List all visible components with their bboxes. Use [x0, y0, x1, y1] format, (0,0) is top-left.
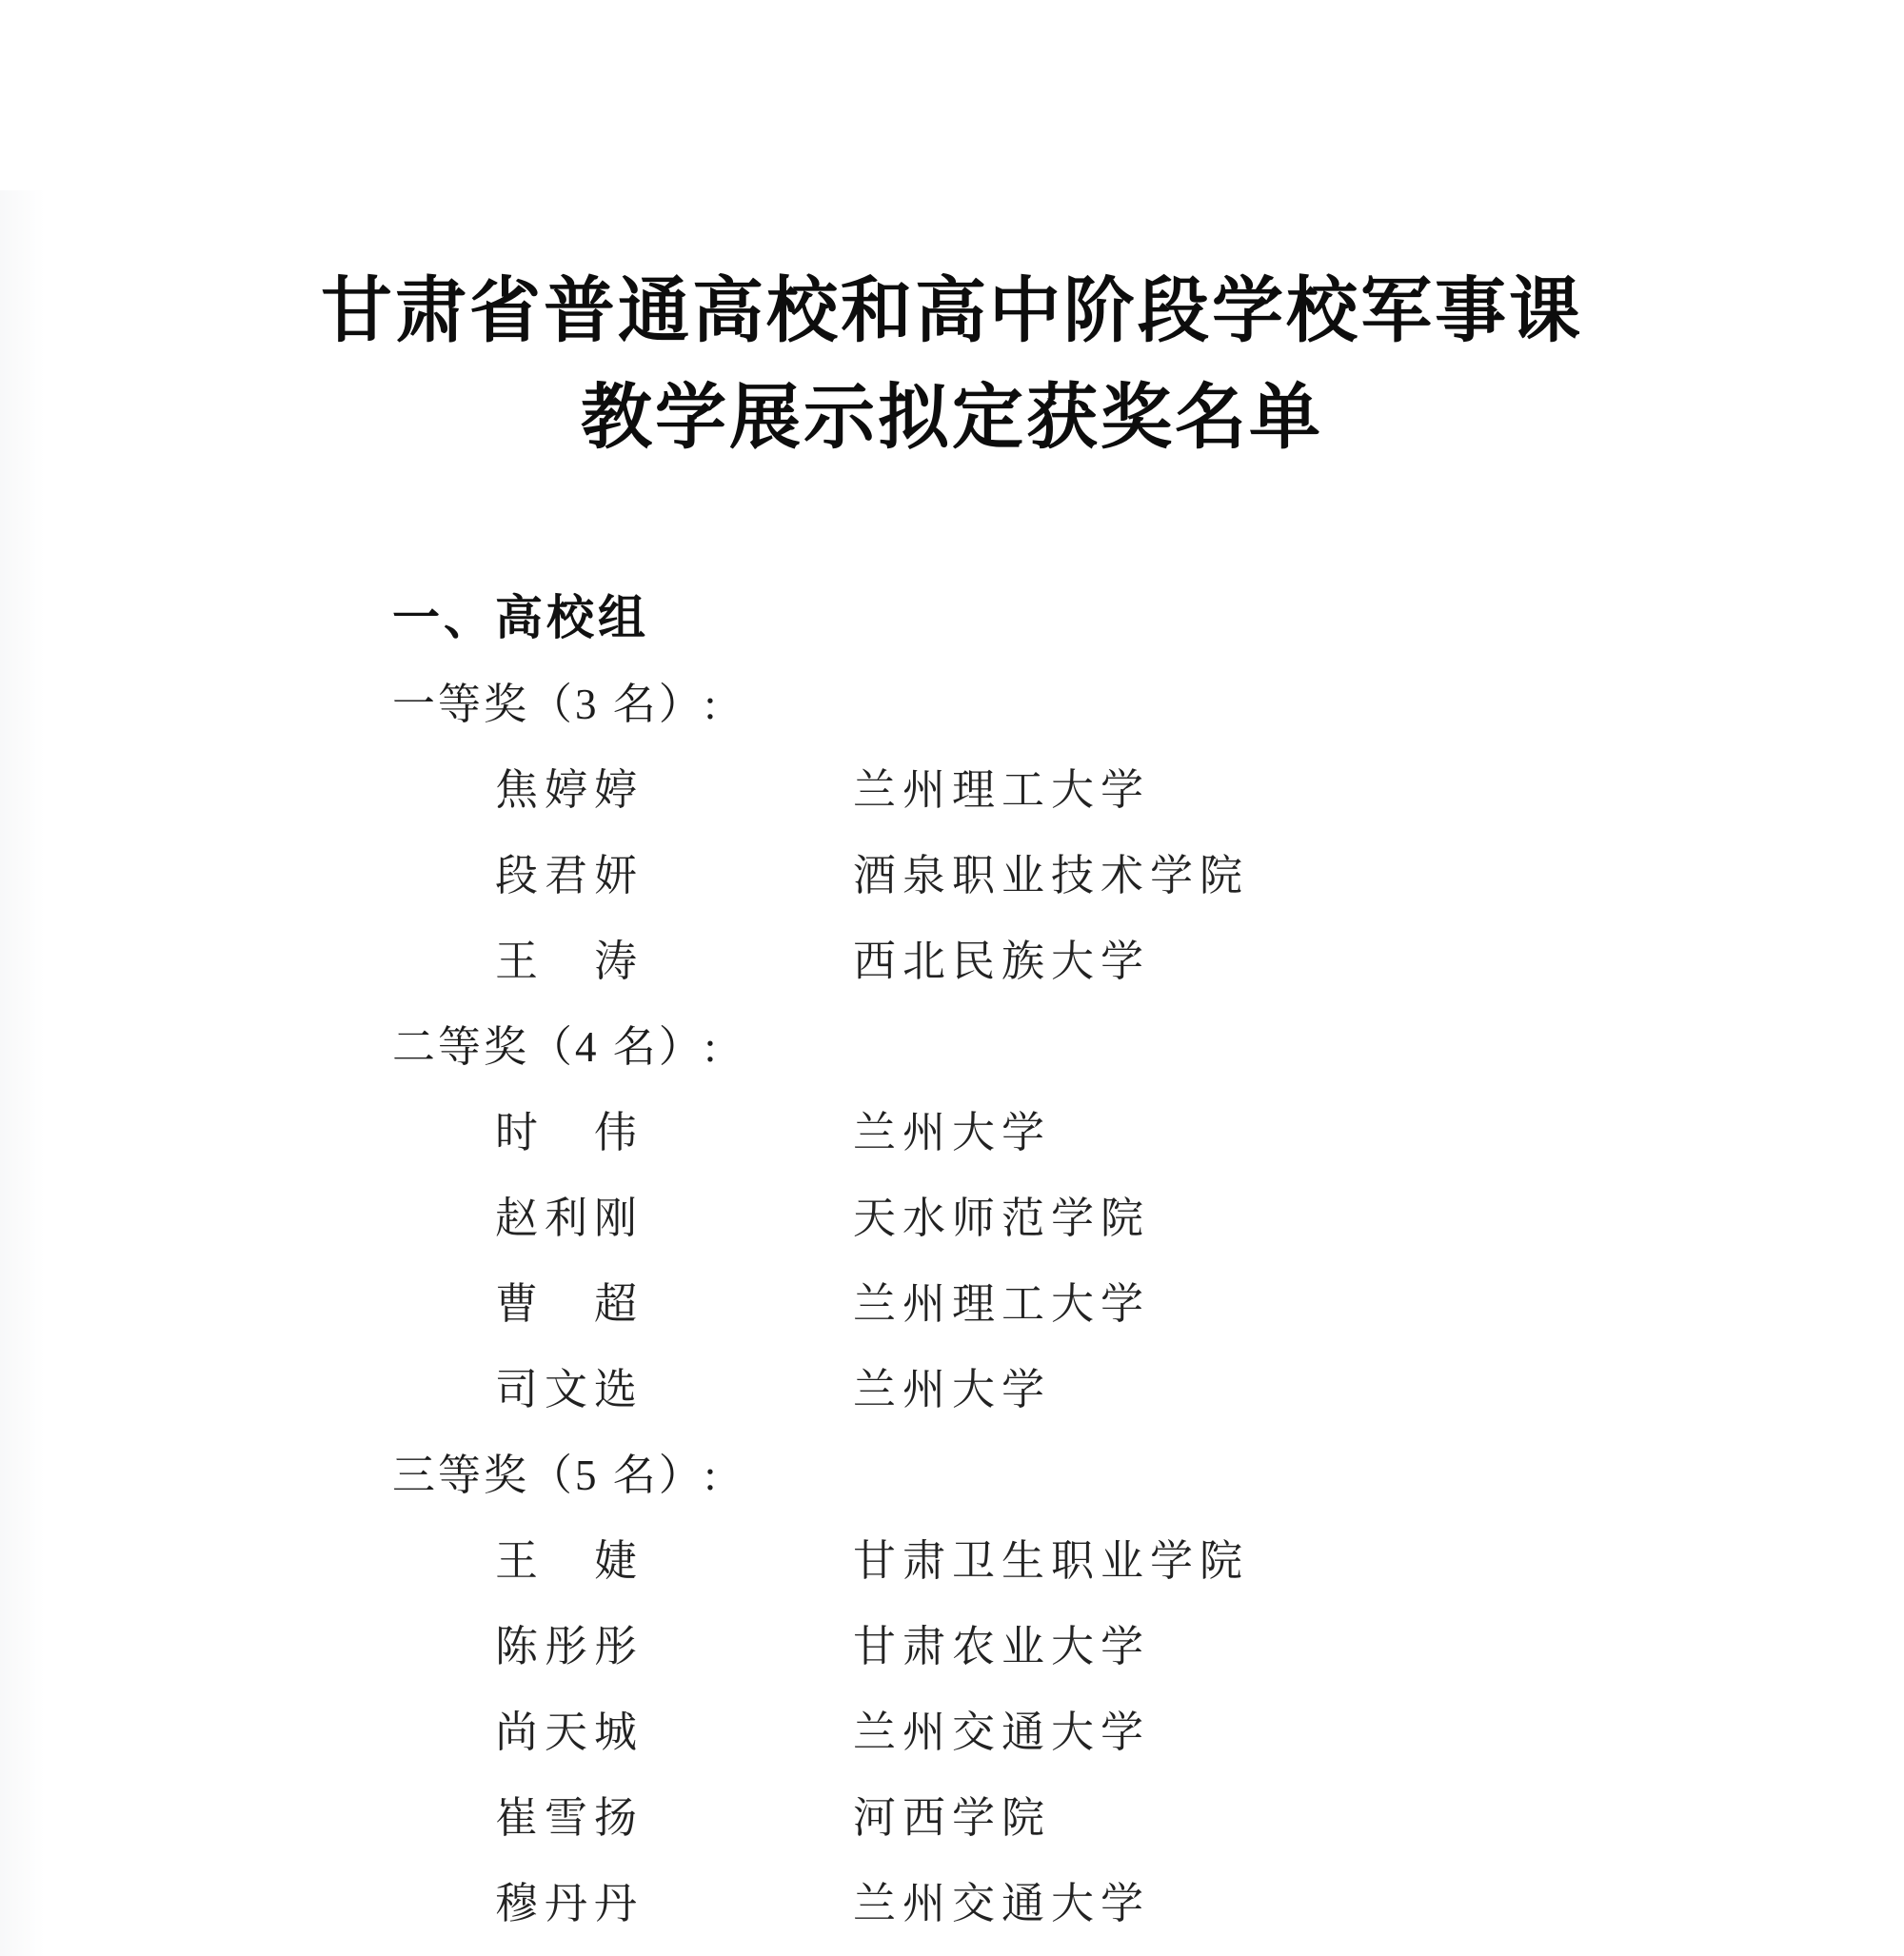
- group-heading-universities: 一、高校组: [0, 571, 1904, 657]
- winner-school: 天水师范学院: [853, 1183, 1150, 1245]
- award-tier-heading-first: 一等奖（3 名）:: [0, 657, 1904, 742]
- winner-school: 兰州交通大学: [853, 1868, 1150, 1930]
- winner-row: 曹 超 兰州理工大学: [0, 1256, 1904, 1342]
- winner-name: 赵利刚: [495, 1183, 657, 1245]
- winner-row: 焦婷婷 兰州理工大学: [0, 742, 1904, 828]
- award-list: 一、高校组 一等奖（3 名）: 焦婷婷 兰州理工大学 段君妍 酒泉职业技术学院 …: [0, 571, 1904, 1942]
- winner-school: 河西学院: [853, 1783, 1051, 1845]
- winner-row: 王 婕 甘肃卫生职业学院: [0, 1513, 1904, 1599]
- award-tier-heading-third: 三等奖（5 名）:: [0, 1428, 1904, 1513]
- document-page: 甘肃省普通高校和高中阶段学校军事课 教学展示拟定获奖名单 一、高校组 一等奖（3…: [0, 0, 1904, 1956]
- winner-name: 曹 超: [495, 1269, 657, 1331]
- document-title: 甘肃省普通高校和高中阶段学校军事课 教学展示拟定获奖名单: [0, 259, 1904, 472]
- winner-name: 陈彤彤: [495, 1611, 657, 1673]
- winner-row: 王 涛 西北民族大学: [0, 914, 1904, 999]
- winner-name: 穆丹丹: [495, 1868, 657, 1930]
- winner-name: 尚天城: [495, 1697, 657, 1759]
- winner-school: 甘肃农业大学: [853, 1611, 1150, 1673]
- winner-name: 王 婕: [495, 1526, 657, 1588]
- winner-school: 兰州理工大学: [853, 1269, 1150, 1331]
- winner-name: 王 涛: [495, 926, 657, 988]
- winner-name: 段君妍: [495, 840, 657, 902]
- winner-school: 兰州大学: [853, 1354, 1051, 1416]
- winner-name: 时 伟: [495, 1097, 657, 1159]
- winner-row: 赵利刚 天水师范学院: [0, 1171, 1904, 1256]
- winner-row: 时 伟 兰州大学: [0, 1085, 1904, 1171]
- winner-row: 崔雪扬 河西学院: [0, 1770, 1904, 1856]
- winner-row: 尚天城 兰州交通大学: [0, 1685, 1904, 1770]
- winner-row: 段君妍 酒泉职业技术学院: [0, 828, 1904, 914]
- winner-school: 兰州大学: [853, 1097, 1051, 1159]
- winner-name: 焦婷婷: [495, 755, 657, 817]
- winner-school: 兰州理工大学: [853, 755, 1150, 817]
- winner-school: 酒泉职业技术学院: [853, 840, 1249, 902]
- title-line-2: 教学展示拟定获奖名单: [0, 366, 1904, 472]
- title-line-1: 甘肃省普通高校和高中阶段学校军事课: [0, 259, 1904, 366]
- winner-name: 司文选: [495, 1354, 657, 1416]
- winner-school: 兰州交通大学: [853, 1697, 1150, 1759]
- winner-name: 崔雪扬: [495, 1783, 657, 1845]
- winner-row: 陈彤彤 甘肃农业大学: [0, 1599, 1904, 1685]
- winner-row: 司文选 兰州大学: [0, 1342, 1904, 1428]
- award-tier-heading-second: 二等奖（4 名）:: [0, 999, 1904, 1085]
- winner-row: 穆丹丹 兰州交通大学: [0, 1856, 1904, 1942]
- winner-school: 西北民族大学: [853, 926, 1150, 988]
- winner-school: 甘肃卫生职业学院: [853, 1526, 1249, 1588]
